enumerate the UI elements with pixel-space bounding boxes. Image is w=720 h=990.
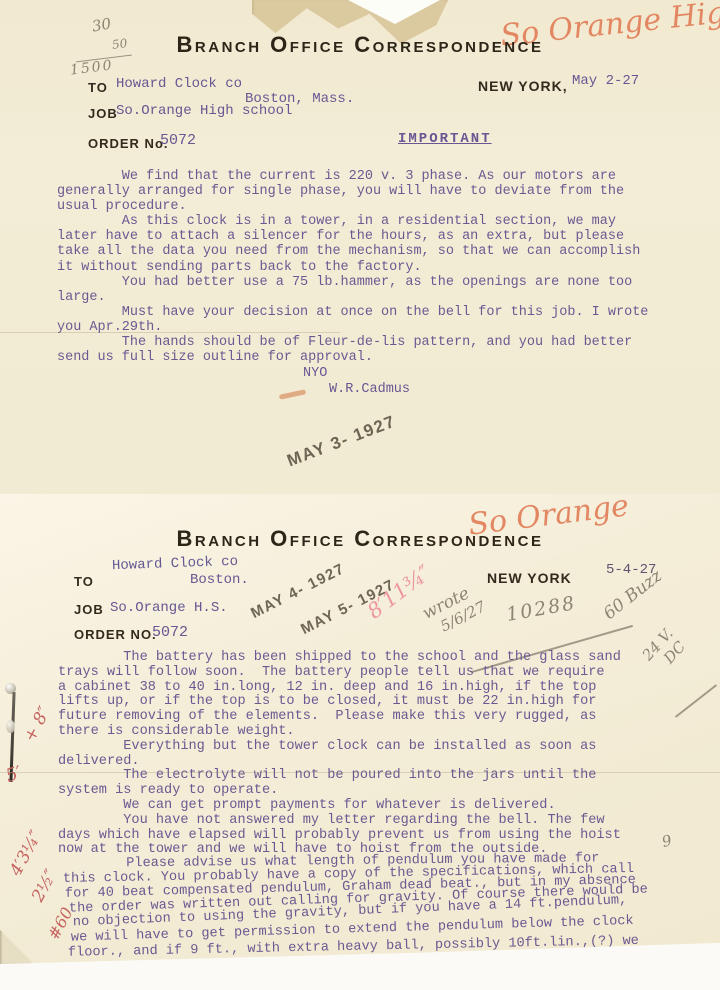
body-line: system is ready to operate. (58, 784, 637, 799)
to-label: TO (74, 574, 94, 589)
order-label: ORDER NO. (74, 627, 157, 642)
letter-body: We find that the current is 220 v. 3 pha… (57, 169, 648, 365)
red-crayon-measure-b: 2½″ (28, 866, 61, 905)
letterhead-title: Branch Office Correspondence (0, 32, 720, 58)
city-label: NEW YORK (487, 570, 572, 586)
body-line: days which have elapsed will probably pr… (58, 829, 637, 844)
letter-date: May 2-27 (572, 73, 639, 89)
body-line: The hands should be of Fleur-de-lis patt… (57, 335, 648, 350)
body-line: The battery has been shipped to the scho… (58, 651, 637, 666)
order-value: 5072 (160, 132, 196, 149)
orange-smudge (279, 389, 306, 400)
job-label: JOB (74, 602, 104, 617)
signature-name: W.R.Cadmus (329, 382, 410, 397)
body-line: We can get prompt payments for whatever … (58, 799, 637, 814)
signature-office: NYO (303, 366, 327, 381)
body-line: As this clock is in a tower, in a reside… (57, 214, 648, 229)
red-crayon-five-feet: 5′ (3, 762, 24, 787)
pencil-volts-note: 24 V. DC (639, 625, 690, 676)
body-line: take all the data you need from the mech… (57, 244, 648, 259)
job-label: JOB (88, 106, 118, 121)
order-label: ORDER No. (88, 136, 169, 151)
body-line: it without sending parts back to the fac… (57, 260, 648, 275)
straight-pin-bead (6, 720, 15, 733)
body-line: lifts up, or if the top is to be closed,… (58, 695, 637, 710)
letter-page-2: So Orange Branch Office Correspondence H… (0, 494, 720, 964)
body-line: send us full size outline for approval. (57, 350, 648, 365)
job-value: So.Orange High school (116, 103, 292, 119)
body-line: You had better use a 75 lb.hammer, as th… (57, 275, 648, 290)
letter-body: The battery has been shipped to the scho… (58, 651, 637, 962)
letterhead-title: Branch Office Correspondence (0, 526, 720, 552)
to-name: Howard Clock co (116, 76, 242, 92)
paper-crease (0, 772, 720, 773)
pencil-wrote-note: wrote 5/6/27 (419, 580, 488, 640)
pencil-nine-note: 9 (660, 831, 674, 851)
paper-crease (0, 332, 340, 333)
body-line: later have to attach a silencer for the … (57, 229, 648, 244)
received-date-stamp: MAY 3- 1927 (284, 412, 398, 472)
body-line: future removing of the elements. Please … (58, 710, 637, 725)
body-line: Everything but the tower clock can be in… (58, 740, 637, 755)
body-line: there is considerable weight. (58, 725, 637, 740)
body-line: a cabinet 38 to 40 in.long, 12 in. deep … (58, 681, 637, 696)
body-line: Must have your decision at once on the b… (57, 305, 648, 320)
body-line: generally arranged for single phase, you… (57, 184, 648, 199)
city-label: NEW YORK, (478, 78, 568, 94)
body-line: trays will follow soon. The battery peop… (58, 666, 637, 681)
order-value: 5072 (152, 624, 188, 641)
red-crayon-measure-8in: + 8″ (20, 703, 55, 745)
job-value: So.Orange H.S. (110, 600, 228, 616)
important-heading: IMPORTANT (398, 131, 492, 147)
body-line: We find that the current is 220 v. 3 pha… (57, 169, 648, 184)
letter-page-1: 30 50 1500 So Orange High Branch Office … (0, 0, 720, 498)
body-line: large. (57, 290, 648, 305)
body-line: You have not answered my letter regardin… (58, 814, 637, 829)
to-label: TO (88, 80, 108, 95)
paper-fold (0, 930, 34, 964)
body-line: usual procedure. (57, 199, 648, 214)
body-line: delivered. (58, 755, 637, 770)
to-city: Boston. (190, 572, 249, 588)
pencil-stroke (675, 684, 717, 718)
pencil-number-note: 10288 (505, 592, 578, 626)
